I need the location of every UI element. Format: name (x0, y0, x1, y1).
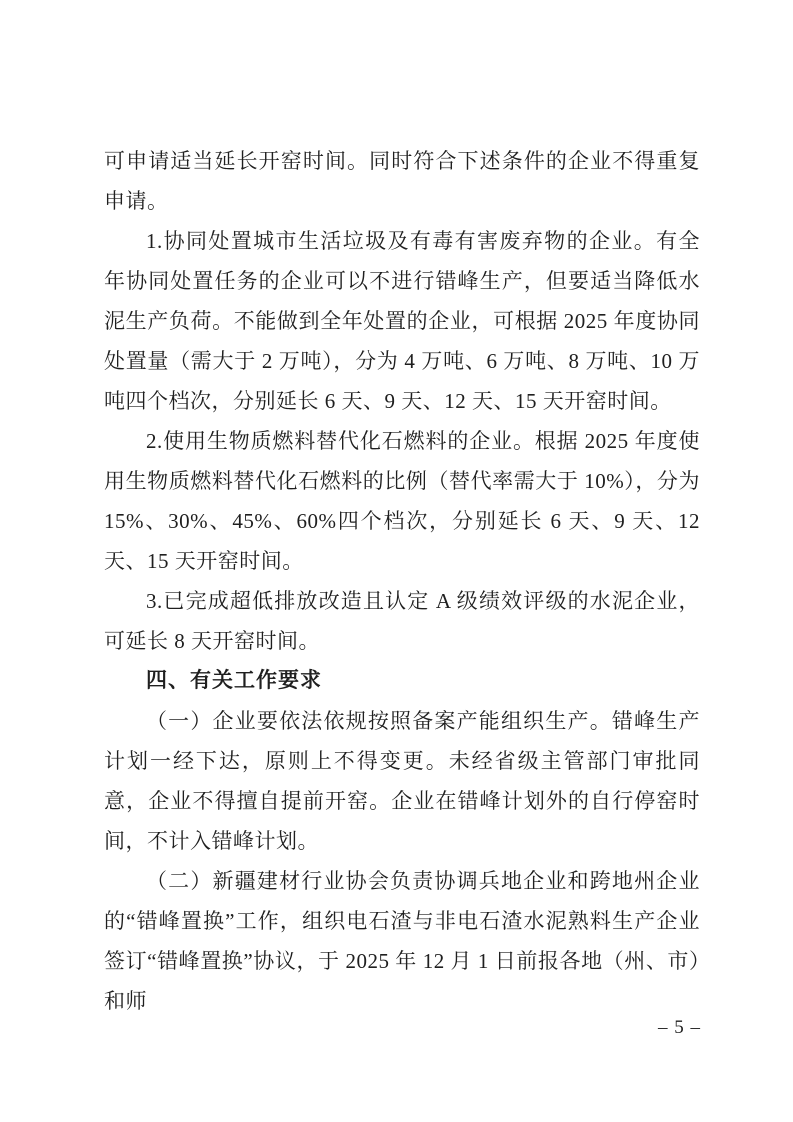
document-body: 可申请适当延长开窑时间。同时符合下述条件的企业不得重复申请。 1.协同处置城市生… (104, 141, 700, 1021)
numbered-item-1-cowaste-disposal: 1.协同处置城市生活垃圾及有毒有害废弃物的企业。有全年协同处置任务的企业可以不进… (104, 221, 700, 421)
page-number: – 5 – (658, 1016, 701, 1040)
work-requirement-item-2: （二）新疆建材行业协会负责协调兵地企业和跨地州企业的“错峰置换”工作，组织电石渣… (104, 861, 700, 1021)
numbered-item-2-biomass-fuel: 2.使用生物质燃料替代化石燃料的企业。根据 2025 年度使用生物质燃料替代化石… (104, 421, 700, 581)
work-requirement-item-1: （一）企业要依法依规按照备案产能组织生产。错峰生产计划一经下达，原则上不得变更。… (104, 701, 700, 861)
document-page: 可申请适当延长开窑时间。同时符合下述条件的企业不得重复申请。 1.协同处置城市生… (0, 0, 793, 1122)
continuation-paragraph: 可申请适当延长开窑时间。同时符合下述条件的企业不得重复申请。 (104, 141, 700, 221)
section-heading-work-requirements: 四、有关工作要求 (104, 661, 700, 701)
numbered-item-3-ultralow-emission: 3.已完成超低排放改造且认定 A 级绩效评级的水泥企业，可延长 8 天开窑时间。 (104, 581, 700, 661)
